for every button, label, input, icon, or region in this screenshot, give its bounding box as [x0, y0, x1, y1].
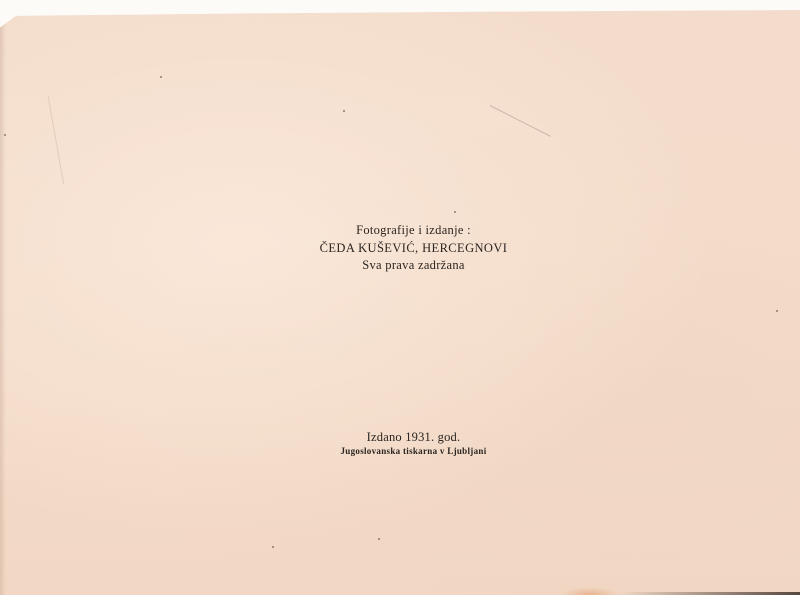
paper-speck — [272, 546, 274, 548]
publication-block: Izdano 1931. god. Jugoslovanska tiskarna… — [0, 430, 800, 457]
paper-crease — [490, 105, 551, 137]
printer-name: Jugoslovanska tiskarna v Ljubljani — [27, 445, 800, 457]
paper-speck — [160, 76, 162, 78]
imprint-block: Fotografije i izdanje : ČEDA KUŠEVIĆ, HE… — [0, 222, 800, 274]
paper-sheet — [0, 10, 800, 595]
paper-speck — [454, 211, 456, 213]
publisher-name: ČEDA KUŠEVIĆ, HERCEGNOVI — [27, 239, 800, 257]
paper-speck — [4, 134, 6, 136]
paper-speck — [343, 110, 345, 112]
rights-notice: Sva prava zadržana — [27, 257, 800, 274]
scanned-page-background: Fotografije i izdanje : ČEDA KUŠEVIĆ, HE… — [0, 0, 800, 595]
paper-crease-left — [48, 95, 65, 184]
credit-label: Fotografije i izdanje : — [27, 222, 800, 239]
paper-speck — [378, 538, 380, 540]
paper-speck — [776, 310, 778, 312]
publication-year: Izdano 1931. god. — [27, 430, 800, 445]
